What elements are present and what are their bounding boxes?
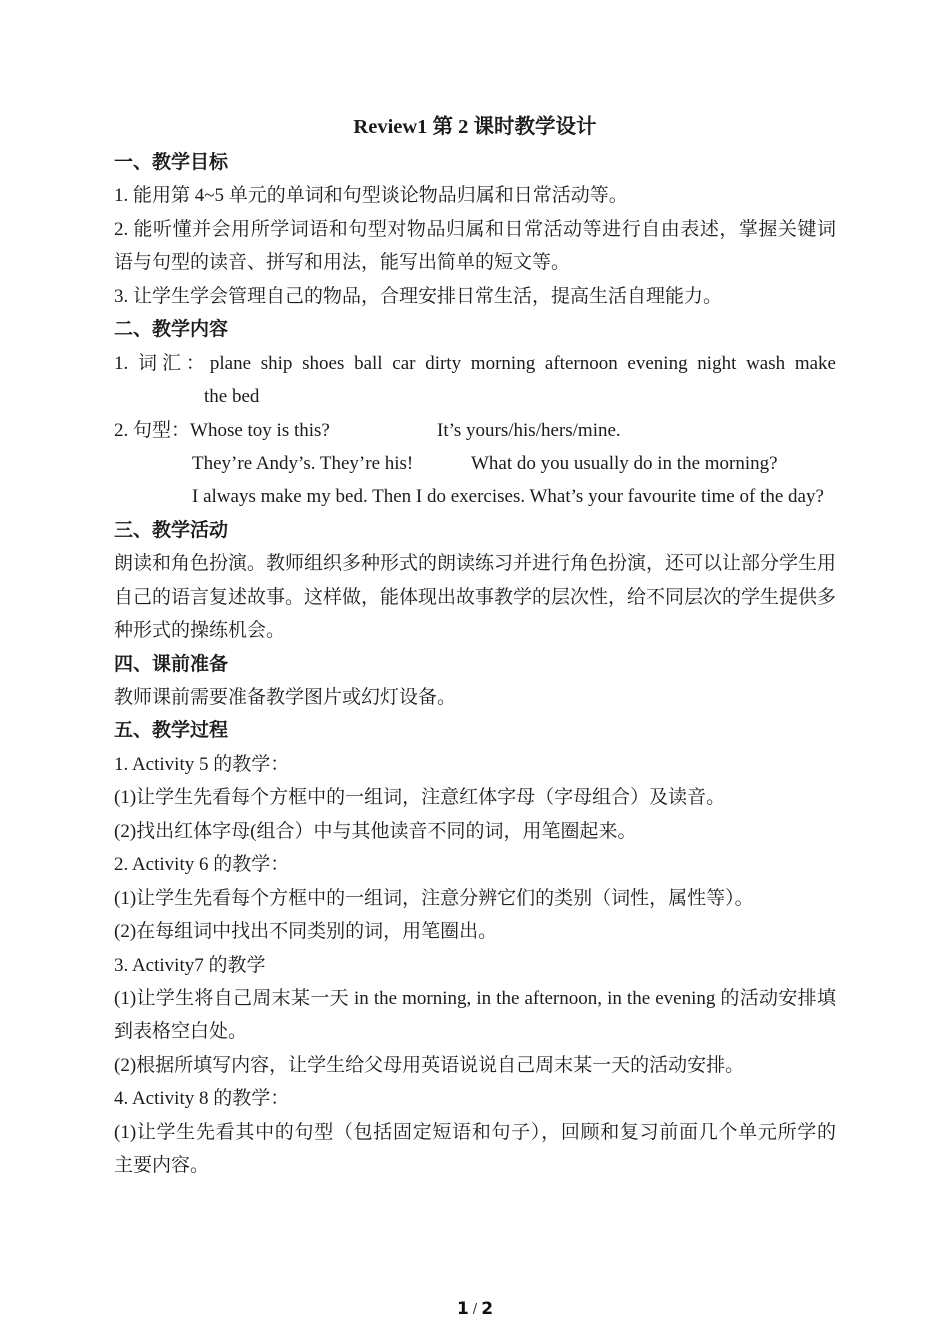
objectives-line-4: 3. 让学生学会管理自己的物品，合理安排日常生活，提高生活自理能力。 <box>114 280 836 313</box>
document-body: 一、教学目标 1. 能用第 4~5 单元的单词和句型谈论物品归属和日常活动等。 … <box>114 146 836 1183</box>
process-line-3: (2)找出红体字母(组合）中与其他读音不同的词，用笔圈起来。 <box>114 815 836 848</box>
process-line-12: (1)让学生先看其中的句型（包括固定短语和句子），回顾和复习前面几个单元所学的 <box>114 1116 836 1149</box>
vocabulary-line-1: 1. 词汇：plane ship shoes ball car dirty mo… <box>114 347 836 380</box>
objectives-line-2: 2. 能听懂并会用所学词语和句型对物品归属和日常活动等进行自由表述，掌握关键词 <box>114 213 836 246</box>
section-heading-activities: 三、教学活动 <box>114 514 836 547</box>
section-heading-preparation: 四、课前准备 <box>114 648 836 681</box>
section-heading-content: 二、教学内容 <box>114 313 836 346</box>
activities-line-1: 朗读和角色扮演。教师组织多种形式的朗读练习并进行角色扮演，还可以让部分学生用 <box>114 547 836 580</box>
activities-line-2: 自己的语言复述故事。这样做，能体现出故事教学的层次性，给不同层次的学生提供多 <box>114 581 836 614</box>
pattern-line-2: They’re Andy’s. They’re his! What do you… <box>114 447 836 480</box>
preparation-line-1: 教师课前需要准备教学图片或幻灯设备。 <box>114 681 836 714</box>
objectives-line-1: 1. 能用第 4~5 单元的单词和句型谈论物品归属和日常活动等。 <box>114 179 836 212</box>
page-total: 2 <box>481 1299 493 1319</box>
pattern-line-1: 2. 句型：Whose toy is this? It’s yours/his/… <box>114 414 836 447</box>
process-line-6: (2)在每组词中找出不同类别的词，用笔圈出。 <box>114 915 836 948</box>
process-line-9: 到表格空白处。 <box>114 1015 836 1048</box>
vocabulary-line-2: the bed <box>114 380 836 413</box>
objectives-line-3: 语与句型的读音、拼写和用法，能写出简单的短文等。 <box>114 246 836 279</box>
page-separator: / <box>473 1302 477 1317</box>
process-line-7: 3. Activity7 的教学 <box>114 949 836 982</box>
footer-page-number: 1/2 <box>0 1294 950 1326</box>
document-title: Review1 第 2 课时教学设计 <box>0 109 950 145</box>
pattern-label: 2. 句型： <box>114 420 190 441</box>
document-page: { "document": { "title": "Review1 第 2 课时… <box>0 0 950 1344</box>
process-line-13: 主要内容。 <box>114 1149 836 1182</box>
process-line-2: (1)让学生先看每个方框中的一组词，注意红体字母（字母组合）及读音。 <box>114 781 836 814</box>
section-heading-objectives: 一、教学目标 <box>114 146 836 179</box>
pattern-question-1: Whose toy is this? <box>190 420 330 441</box>
process-line-10: (2)根据所填写内容，让学生给父母用英语说说自己周末某一天的活动安排。 <box>114 1049 836 1082</box>
activities-line-3: 种形式的操练机会。 <box>114 614 836 647</box>
pattern-line-3: I always make my bed. Then I do exercise… <box>114 480 836 513</box>
process-line-4: 2. Activity 6 的教学： <box>114 848 836 881</box>
process-line-11: 4. Activity 8 的教学： <box>114 1082 836 1115</box>
page-current: 1 <box>457 1299 469 1319</box>
section-heading-process: 五、教学过程 <box>114 714 836 747</box>
process-line-8: (1)让学生将自己周末某一天 in the morning, in the af… <box>114 982 836 1015</box>
process-line-1: 1. Activity 5 的教学： <box>114 748 836 781</box>
pattern-question-2: They’re Andy’s. They’re his! <box>192 453 413 474</box>
process-line-5: (1)让学生先看每个方框中的一组词，注意分辨它们的类别（词性，属性等）。 <box>114 882 836 915</box>
pattern-answer-1: It’s yours/his/hers/mine. <box>437 414 621 447</box>
pattern-answer-2: What do you usually do in the morning? <box>471 447 778 480</box>
